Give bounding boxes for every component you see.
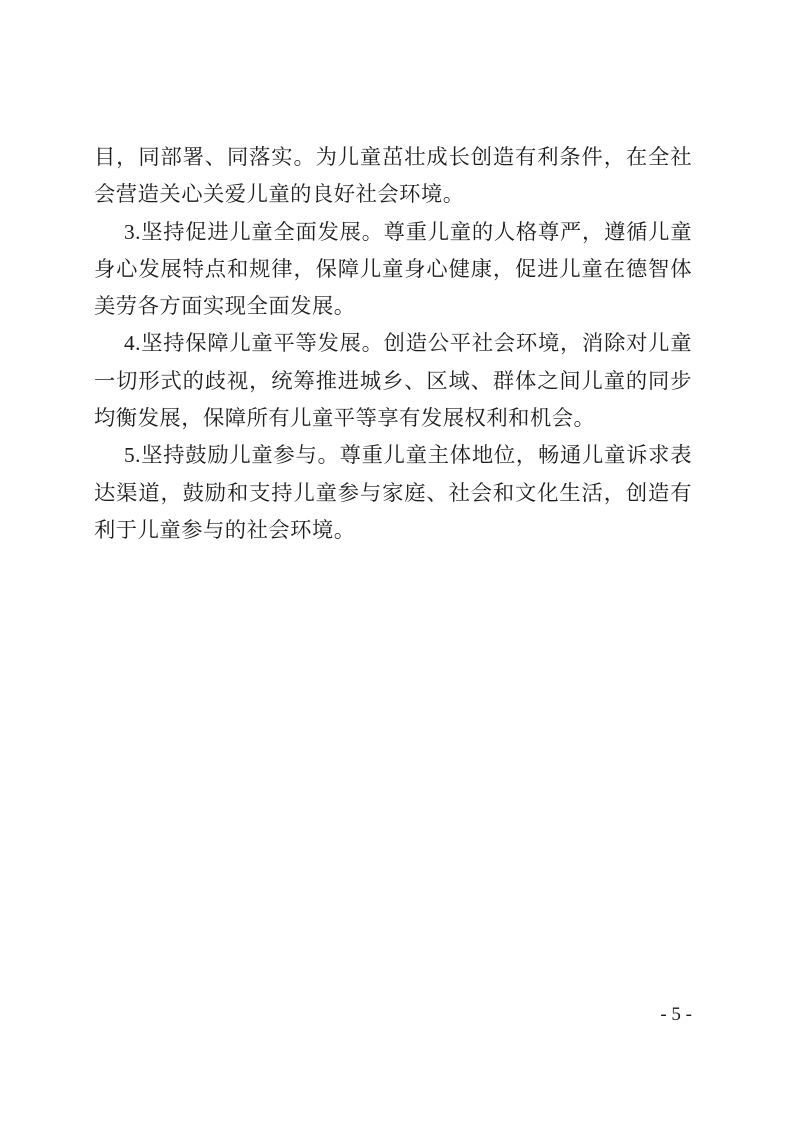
- document-body: 目，同部署、同落实。为儿童茁壮成长创造有利条件，在全社会营造关心关爱儿童的良好社…: [94, 139, 692, 549]
- paragraph-item-4: 4.坚持保障儿童平等发展。创造公平社会环境，消除对儿童一切形式的歧视，统筹推进城…: [94, 325, 692, 437]
- paragraph-item-5: 5.坚持鼓励儿童参与。尊重儿童主体地位，畅通儿童诉求表达渠道，鼓励和支持儿童参与…: [94, 437, 692, 549]
- paragraph-continuation: 目，同部署、同落实。为儿童茁壮成长创造有利条件，在全社会营造关心关爱儿童的良好社…: [94, 139, 692, 214]
- document-page: 目，同部署、同落实。为儿童茁壮成长创造有利条件，在全社会营造关心关爱儿童的良好社…: [0, 0, 794, 1122]
- paragraph-item-3: 3.坚持促进儿童全面发展。尊重儿童的人格尊严，遵循儿童身心发展特点和规律，保障儿…: [94, 214, 692, 326]
- page-number: - 5 -: [660, 1003, 692, 1027]
